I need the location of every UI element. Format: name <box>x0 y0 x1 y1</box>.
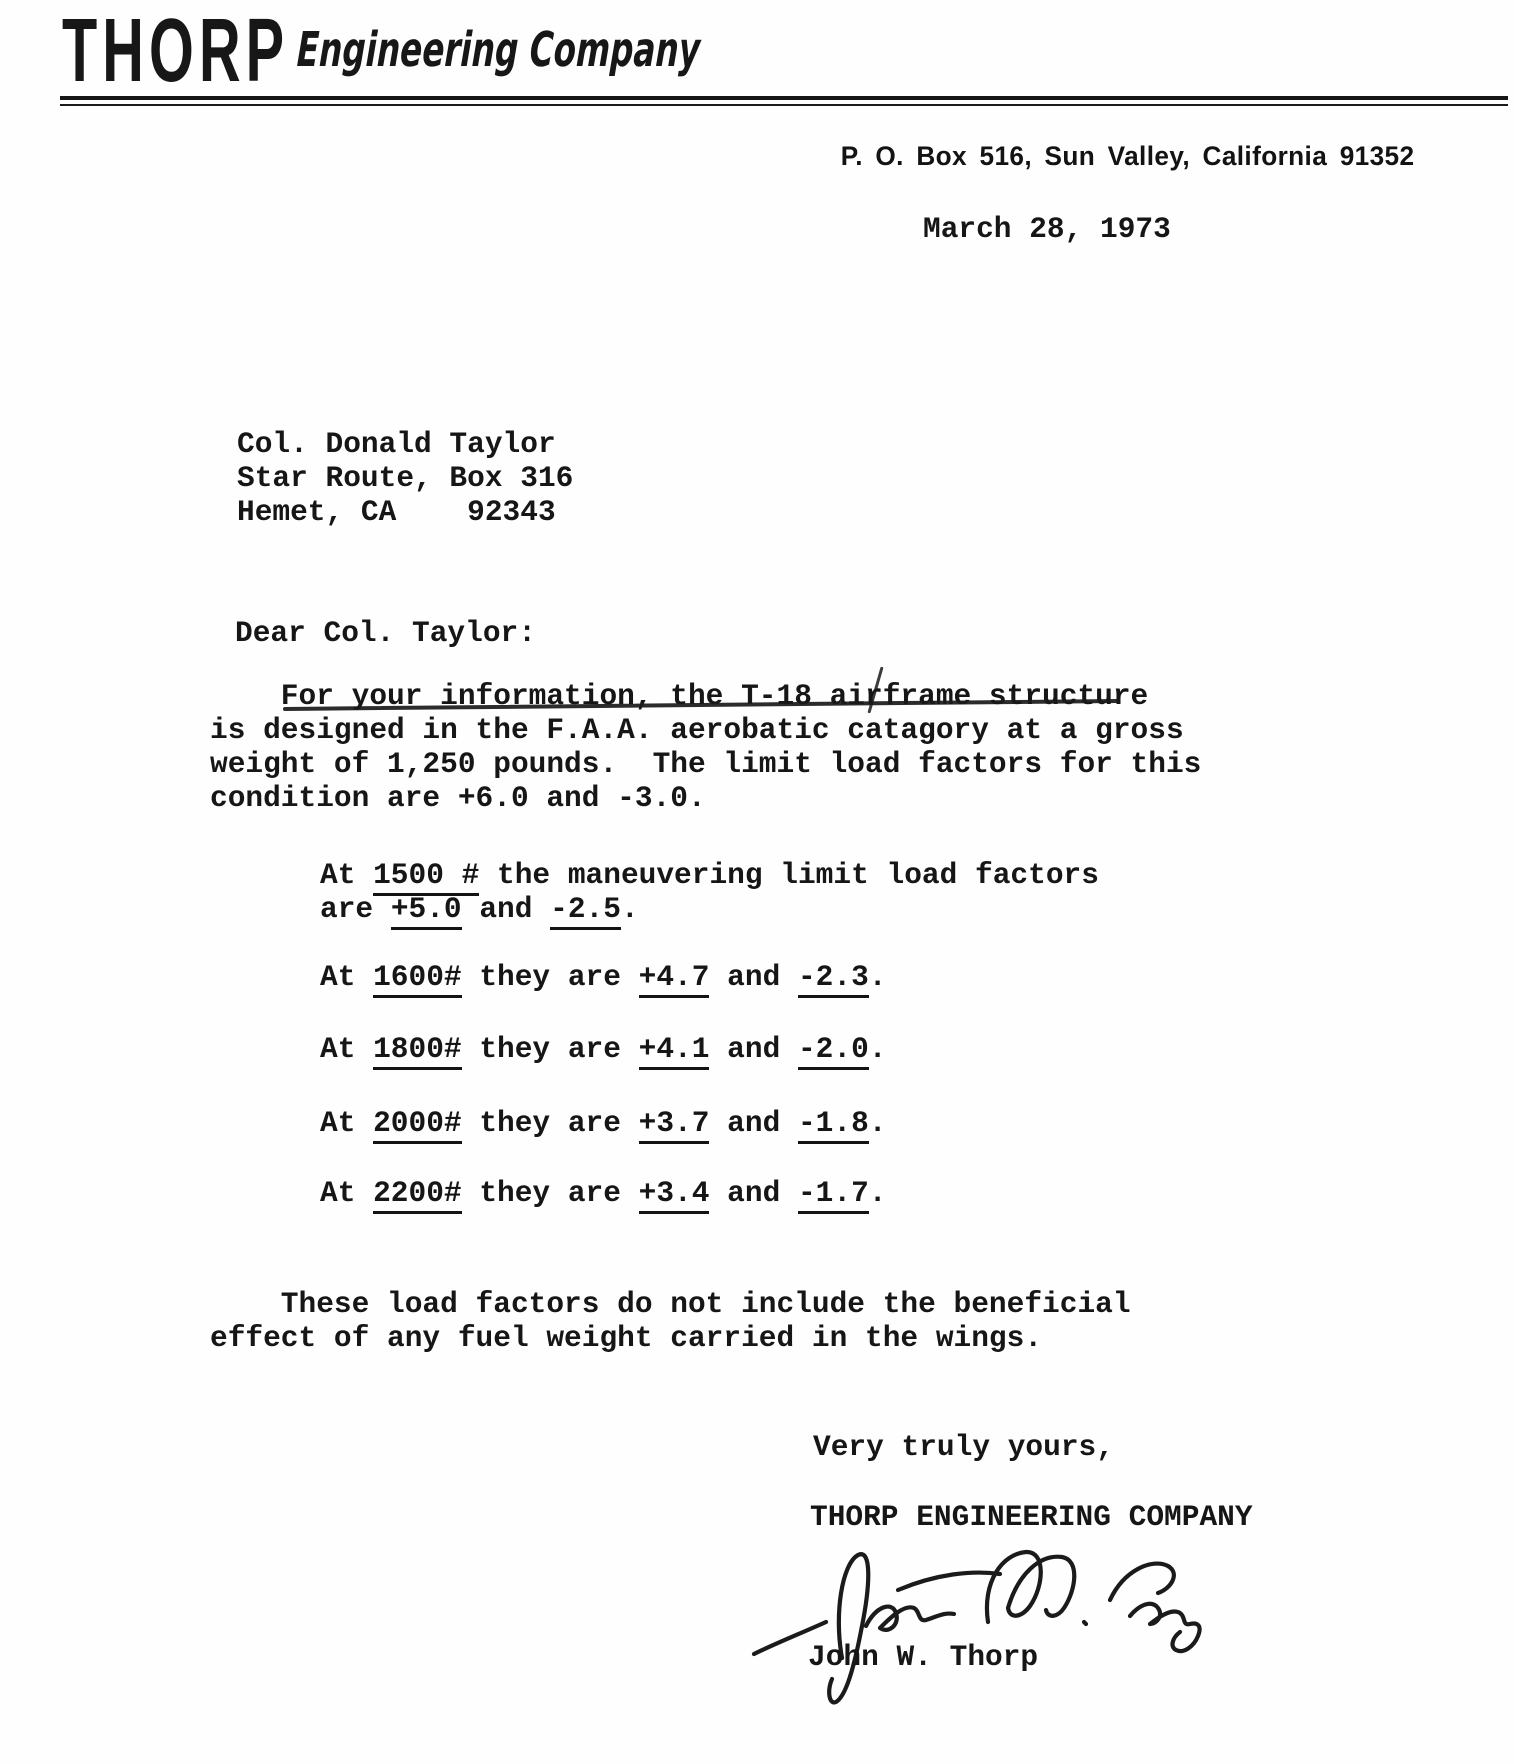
paragraph-line: weight of 1,250 pounds. The limit load f… <box>210 747 1201 781</box>
text-segment: they are <box>462 1032 639 1066</box>
load-factor-1600: At 1600# they are +4.7 and -2.3. <box>320 960 887 994</box>
load-factor-2000: At 2000# they are +3.7 and -1.8. <box>320 1106 887 1140</box>
signature-stroke <box>898 1573 1000 1590</box>
paragraph-line: These load factors do not include the be… <box>210 1287 1131 1321</box>
load-factor-line: At 1500 # the maneuvering limit load fac… <box>320 858 1099 892</box>
paragraph-line: is designed in the F.A.A. aerobatic cata… <box>210 713 1201 747</box>
text-segment: are <box>320 892 391 926</box>
signature-stroke <box>1130 1604 1200 1651</box>
text-segment: At <box>320 960 373 994</box>
letterhead-rule <box>60 96 1508 106</box>
load-factor-line: are +5.0 and -2.5. <box>320 892 1099 926</box>
signature-stroke <box>1110 1564 1174 1600</box>
company-logo: THORP <box>62 6 289 96</box>
weight-value: 1500 # <box>373 858 479 896</box>
negative-load-value: -1.7 <box>798 1176 869 1214</box>
text-segment: the maneuvering limit load factors <box>479 858 1099 892</box>
weight-value: 1600# <box>373 960 462 998</box>
recipient-name: Col. Donald Taylor <box>237 427 573 461</box>
negative-load-value: -2.3 <box>798 960 869 998</box>
paragraph-line: condition are +6.0 and -3.0. <box>210 781 1201 815</box>
recipient-street: Star Route, Box 316 <box>237 461 573 495</box>
signature-stroke <box>1084 1622 1086 1624</box>
text-segment: . <box>869 1176 887 1210</box>
signature-stroke <box>866 1607 954 1630</box>
positive-load-value: +3.7 <box>639 1106 710 1144</box>
text-segment: . <box>869 960 887 994</box>
recipient-address: Col. Donald Taylor Star Route, Box 316 H… <box>237 427 573 529</box>
load-factor-1500: At 1500 # the maneuvering limit load fac… <box>320 858 1099 926</box>
text-segment: and <box>709 1176 798 1210</box>
text-segment: . <box>621 892 639 926</box>
positive-load-value: +3.4 <box>639 1176 710 1214</box>
valediction: Very truly yours, <box>813 1430 1114 1464</box>
positive-load-value: +5.0 <box>391 892 462 930</box>
negative-load-value: -2.5 <box>550 892 621 930</box>
load-factor-1800: At 1800# they are +4.1 and -2.0. <box>320 1032 887 1066</box>
paragraph-note: These load factors do not include the be… <box>210 1287 1131 1355</box>
text-segment: and <box>709 1106 798 1140</box>
text-segment: At <box>320 1176 373 1210</box>
text-segment: they are <box>462 1176 639 1210</box>
signature-stroke <box>829 1554 868 1702</box>
text-segment: At <box>320 1106 373 1140</box>
text-segment: they are <box>462 1106 639 1140</box>
text-segment: At <box>320 1032 373 1066</box>
text-segment: and <box>709 960 798 994</box>
paragraph-line: effect of any fuel weight carried in the… <box>210 1321 1131 1355</box>
text-segment: and <box>462 892 551 926</box>
typed-signature-name: John W. Thorp <box>808 1640 1038 1674</box>
company-logo-subtitle: Engineering Company <box>296 20 701 80</box>
scanned-letter-page: THORP Engineering Company P. O. Box 516,… <box>0 0 1514 1764</box>
positive-load-value: +4.1 <box>639 1032 710 1070</box>
text-segment: and <box>709 1032 798 1066</box>
text-segment: they are <box>462 960 639 994</box>
positive-load-value: +4.7 <box>639 960 710 998</box>
signature <box>748 1528 1208 1718</box>
letterhead-address: P. O. Box 516, Sun Valley, California 91… <box>840 141 1414 171</box>
letter-date: March 28, 1973 <box>923 212 1171 246</box>
text-segment: At <box>320 858 373 892</box>
recipient-city: Hemet, CA 92343 <box>237 495 573 529</box>
text-segment: . <box>869 1032 887 1066</box>
negative-load-value: -2.0 <box>798 1032 869 1070</box>
weight-value: 2200# <box>373 1176 462 1214</box>
text-segment: . <box>869 1106 887 1140</box>
weight-value: 1800# <box>373 1032 462 1070</box>
load-factor-2200: At 2200# they are +3.4 and -1.7. <box>320 1176 887 1210</box>
salutation: Dear Col. Taylor: <box>235 616 536 650</box>
negative-load-value: -1.8 <box>798 1106 869 1144</box>
signature-stroke <box>987 1552 1074 1622</box>
weight-value: 2000# <box>373 1106 462 1144</box>
